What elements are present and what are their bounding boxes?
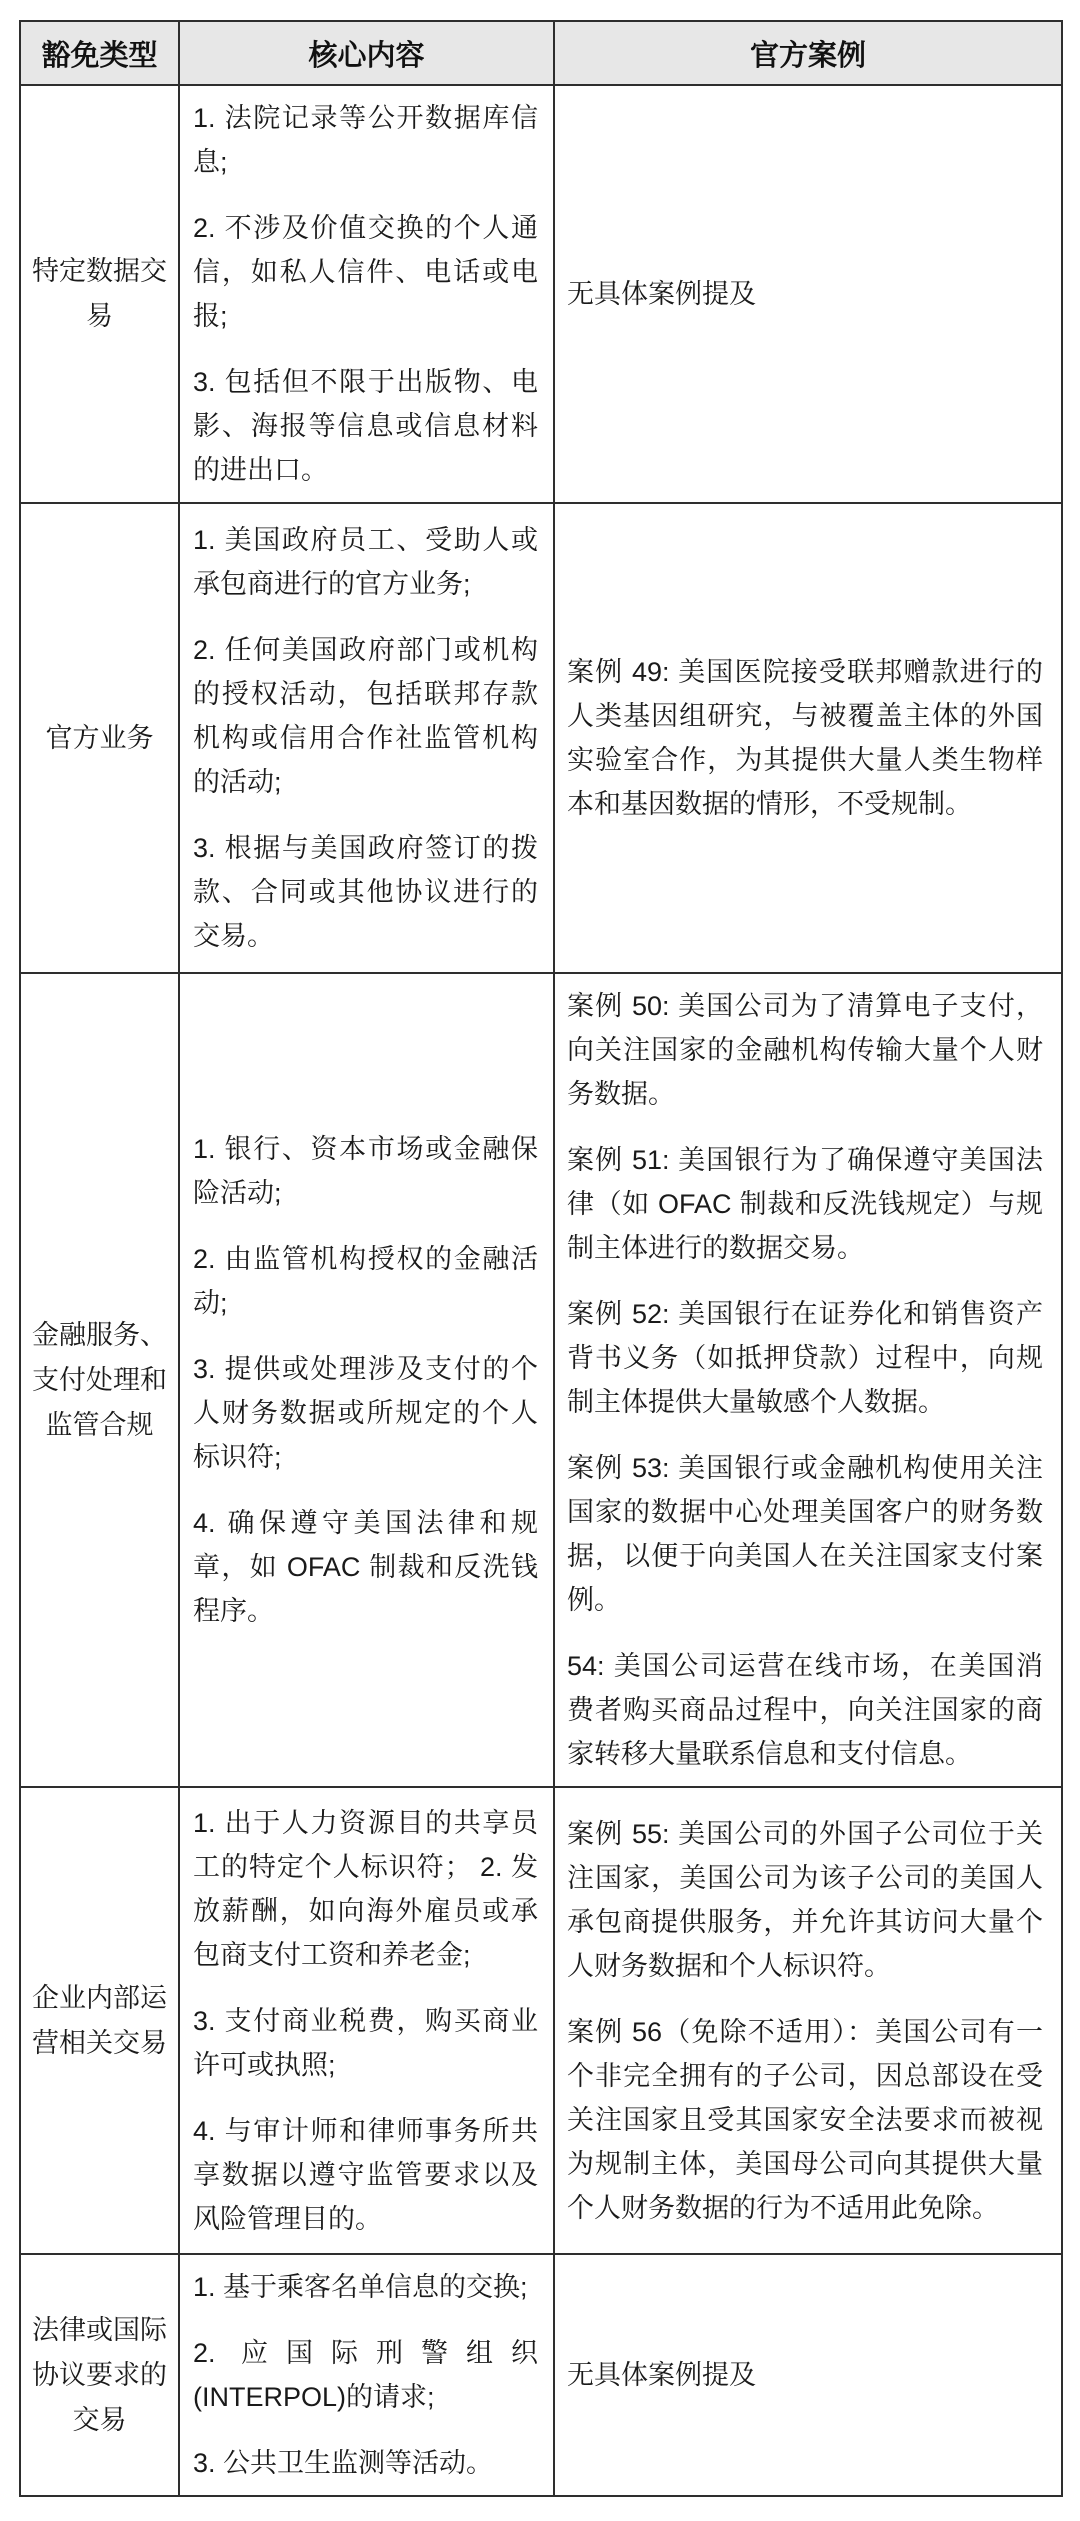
official-case-item: 案例 50: 美国公司为了清算电子支付，向关注国家的金融机构传输大量个人财务数据… (567, 984, 1043, 1116)
core-content-item: 1. 出于人力资源目的共享员工的特定个人标识符； 2. 发放薪酬，如向海外雇员或… (193, 1801, 538, 1977)
core-content-cell: 1. 出于人力资源目的共享员工的特定个人标识符； 2. 发放薪酬，如向海外雇员或… (179, 1787, 554, 2254)
official-case-cell: 案例 50: 美国公司为了清算电子支付，向关注国家的金融机构传输大量个人财务数据… (554, 973, 1062, 1787)
col-header-core-content: 核心内容 (179, 21, 554, 85)
official-case-item: 案例 52: 美国银行在证券化和销售资产背书义务（如抵押贷款）过程中，向规制主体… (567, 1292, 1043, 1424)
core-content-item: 2. 由监管机构授权的金融活动; (193, 1237, 538, 1325)
official-case-item: 无具体案例提及 (567, 272, 1043, 316)
table-row: 法律或国际协议要求的交易 1. 基于乘客名单信息的交换; 2. 应国际刑警组织(… (20, 2254, 1062, 2496)
official-case-item: 案例 53: 美国银行或金融机构使用关注国家的数据中心处理美国客户的财务数据，以… (567, 1446, 1043, 1622)
core-content-item: 2. 任何美国政府部门或机构的授权活动，包括联邦存款机构或信用合作社监管机构的活… (193, 628, 538, 804)
official-case-cell: 无具体案例提及 (554, 85, 1062, 503)
table-row: 特定数据交易 1. 法院记录等公开数据库信息; 2. 不涉及价值交换的个人通信，… (20, 85, 1062, 503)
core-content-item: 1. 基于乘客名单信息的交换; (193, 2265, 538, 2309)
core-content-cell: 1. 银行、资本市场或金融保险活动; 2. 由监管机构授权的金融活动; 3. 提… (179, 973, 554, 1787)
table-header-row: 豁免类型 核心内容 官方案例 (20, 21, 1062, 85)
core-content-item: 2. 不涉及价值交换的个人通信，如私人信件、电话或电报; (193, 206, 538, 338)
document-page: 豁免类型 核心内容 官方案例 特定数据交易 1. 法院记录等公开数据库信息; 2… (0, 0, 1080, 2521)
exemption-type-cell: 官方业务 (20, 503, 179, 973)
official-case-cell: 无具体案例提及 (554, 2254, 1062, 2496)
core-content-item: 3. 支付商业税费，购买商业许可或执照; (193, 1999, 538, 2087)
col-header-official-case: 官方案例 (554, 21, 1062, 85)
table-row: 金融服务、支付处理和监管合规 1. 银行、资本市场或金融保险活动; 2. 由监管… (20, 973, 1062, 1787)
exemption-type-cell: 法律或国际协议要求的交易 (20, 2254, 179, 2496)
core-content-item: 3. 公共卫生监测等活动。 (193, 2441, 538, 2485)
exemption-type-cell: 特定数据交易 (20, 85, 179, 503)
col-header-exemption-type: 豁免类型 (20, 21, 179, 85)
official-case-item: 案例 55: 美国公司的外国子公司位于关注国家，美国公司为该子公司的美国人承包商… (567, 1812, 1043, 1988)
table-row: 企业内部运营相关交易 1. 出于人力资源目的共享员工的特定个人标识符； 2. 发… (20, 1787, 1062, 2254)
official-case-item: 案例 56（免除不适用）：美国公司有一个非完全拥有的子公司，因总部设在受关注国家… (567, 2010, 1043, 2230)
core-content-item: 1. 银行、资本市场或金融保险活动; (193, 1127, 538, 1215)
table-row: 官方业务 1. 美国政府员工、受助人或承包商进行的官方业务; 2. 任何美国政府… (20, 503, 1062, 973)
core-content-item: 1. 法院记录等公开数据库信息; (193, 96, 538, 184)
exemption-type-cell: 金融服务、支付处理和监管合规 (20, 973, 179, 1787)
official-case-item: 无具体案例提及 (567, 2353, 1043, 2397)
core-content-item: 1. 美国政府员工、受助人或承包商进行的官方业务; (193, 518, 538, 606)
core-content-cell: 1. 基于乘客名单信息的交换; 2. 应国际刑警组织(INTERPOL)的请求;… (179, 2254, 554, 2496)
official-case-item: 54: 美国公司运营在线市场，在美国消费者购买商品过程中，向关注国家的商家转移大… (567, 1644, 1043, 1776)
core-content-item: 4. 与审计师和律师事务所共享数据以遵守监管要求以及风险管理目的。 (193, 2109, 538, 2241)
official-case-item: 案例 51: 美国银行为了确保遵守美国法律（如 OFAC 制裁和反洗钱规定）与规… (567, 1138, 1043, 1270)
core-content-item: 4. 确保遵守美国法律和规章，如 OFAC 制裁和反洗钱程序。 (193, 1501, 538, 1633)
core-content-cell: 1. 法院记录等公开数据库信息; 2. 不涉及价值交换的个人通信，如私人信件、电… (179, 85, 554, 503)
exemption-table: 豁免类型 核心内容 官方案例 特定数据交易 1. 法院记录等公开数据库信息; 2… (19, 20, 1063, 2497)
core-content-item: 3. 根据与美国政府签订的拨款、合同或其他协议进行的交易。 (193, 826, 538, 958)
official-case-item: 案例 49: 美国医院接受联邦赠款进行的人类基因组研究，与被覆盖主体的外国实验室… (567, 650, 1043, 826)
core-content-cell: 1. 美国政府员工、受助人或承包商进行的官方业务; 2. 任何美国政府部门或机构… (179, 503, 554, 973)
core-content-item: 3. 提供或处理涉及支付的个人财务数据或所规定的个人标识符; (193, 1347, 538, 1479)
core-content-item: 2. 应国际刑警组织(INTERPOL)的请求; (193, 2331, 538, 2419)
official-case-cell: 案例 55: 美国公司的外国子公司位于关注国家，美国公司为该子公司的美国人承包商… (554, 1787, 1062, 2254)
official-case-cell: 案例 49: 美国医院接受联邦赠款进行的人类基因组研究，与被覆盖主体的外国实验室… (554, 503, 1062, 973)
core-content-item: 3. 包括但不限于出版物、电影、海报等信息或信息材料的进出口。 (193, 360, 538, 492)
exemption-type-cell: 企业内部运营相关交易 (20, 1787, 179, 2254)
